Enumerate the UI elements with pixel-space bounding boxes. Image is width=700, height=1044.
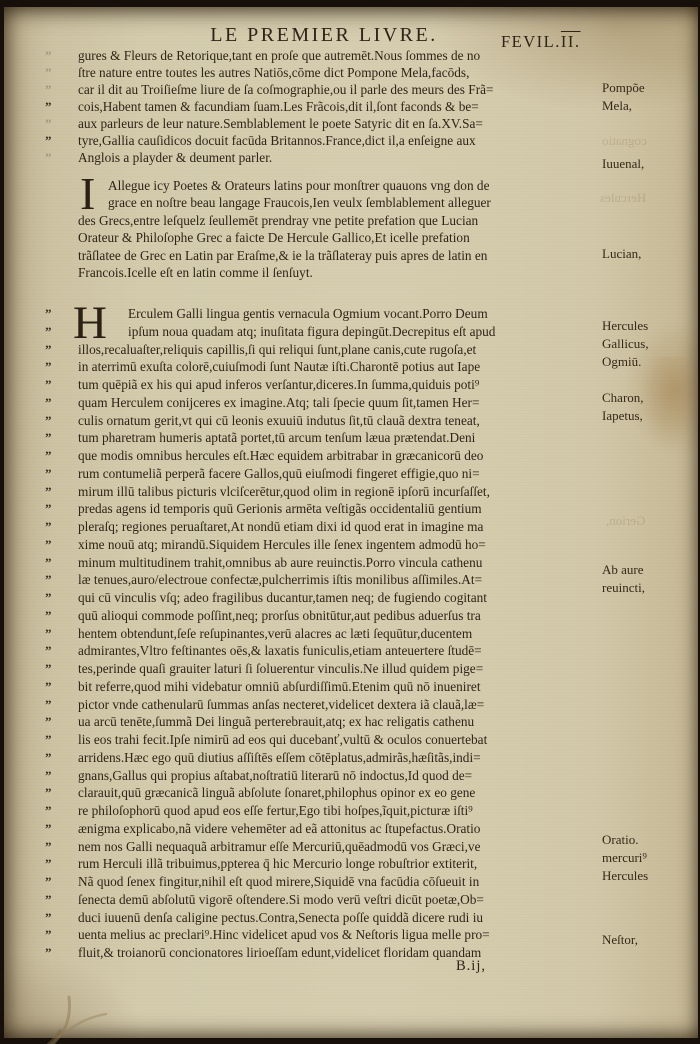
text-line: quam Herculem conijceres ex imagine.Atq;… (78, 394, 596, 412)
text-line: tyre,Gallia cauſidicos docuit facūda Bri… (78, 132, 596, 149)
text-line: Francois.Icelle eſt en latin comme il ſe… (78, 264, 596, 281)
margin-note-lucian: Lucian, (602, 245, 641, 263)
text-line: grace en noſtre beau langage Fraucois,Ie… (78, 194, 596, 211)
text-line: Orateur & Philoſophe Grec a faicte De He… (78, 229, 596, 246)
text-line: tes,perinde quaſi grauiter laturi ſi ſol… (78, 660, 596, 678)
text-line: gnans,Gallus qui propius aſtabat,noſtrat… (78, 767, 596, 785)
text-line: ſtre nature entre toutes les autres Nati… (78, 64, 596, 81)
book-page: LE PREMIER LIVRE. FEVIL.II. ” ” ” ” ” ” … (4, 7, 698, 1038)
paragraph-lines-indented: Erculem Galli lingua gentis vernacula Og… (78, 305, 596, 341)
drop-cap-I: I (80, 175, 95, 213)
bleedthrough-text: cognatio (602, 133, 647, 149)
text-line: Erculem Galli lingua gentis vernacula Og… (78, 305, 596, 323)
quote-marks-column: ” ” ” ” ” ” ” ” ” ” ” ” ” ” ” ” ” ” ” ” … (45, 305, 73, 353)
margin-note-ab-aure-reuincti: Ab aure reuincti, (602, 561, 645, 597)
text-line: ænigma explicabo,nã videre vehemēter ad … (78, 820, 596, 838)
text-line: arridens.Hæc ego quū diutius aſſiſtēs eſ… (78, 749, 596, 767)
text-line: pleraſq; regiones peruaſtaret,At nondū e… (78, 518, 596, 536)
text-line: re philoſophorū quod apud eos eſſe fertu… (78, 802, 596, 820)
text-line: bit referre,quod mihi videbatur omniū ab… (78, 678, 596, 696)
text-line: aux parleurs de leur nature.Semblablemen… (78, 115, 596, 132)
paper-crease (42, 989, 137, 1044)
text-line: hentem obtendunt,ſeſe reſupinantes,verū … (78, 625, 596, 643)
quote-marks-dark: ” ” (45, 47, 52, 149)
text-line: clarauit,quū græcanicã linguã abſolute ſ… (78, 784, 596, 802)
text-line: cois,Habent tamen & facundiam ſuam.Les F… (78, 98, 596, 115)
text-line: læ tenues,auro/electroue confectæ,pulche… (78, 571, 596, 589)
signature-mark: B.ij, (456, 958, 486, 975)
text-line: culis ornatum gerit,vt qui cū leonis exu… (78, 412, 596, 430)
text-line: rum contumeliã perperã facere Gallos,quū… (78, 465, 596, 483)
text-line: ipſum noua quadam atq; inuſitata figura … (78, 323, 596, 341)
quote-marks-latin: ” ” ” ” ” ” ” ” ” ” ” ” ” ” ” ” ” ” ” ” … (45, 305, 52, 962)
margin-note-charon-iapetus: Charon, Iapetus, (602, 389, 644, 425)
text-line: pictor vnde cathenularū ſummas anſas nec… (78, 696, 596, 714)
text-line: Allegue icy Poetes & Orateurs latins pou… (78, 177, 596, 194)
margin-note-iuuenal: Iuuenal, (602, 155, 644, 173)
text-line: gures & Fleurs de Retorique,tant en proſ… (78, 47, 596, 64)
text-line: xime nouū atq; mirandū.Siquidem Hercules… (78, 536, 596, 554)
paragraph-french-allegue: I Allegue icy Poetes & Orateurs latins p… (78, 177, 596, 281)
margin-note-nestor: Neſtor, (602, 931, 638, 949)
paragraph-latin-lucian-preface: ” ” ” ” ” ” ” ” ” ” ” ” ” ” ” ” ” ” ” ” … (78, 305, 596, 962)
bleedthrough-text: Hercules (600, 190, 646, 206)
paper-stain (640, 357, 700, 447)
text-line: in aterrimū exuſta colorē,cuiuſmodi ſunt… (78, 358, 596, 376)
text-line: Anglois a playder & deument parler. (78, 149, 596, 166)
paragraph-lines: illos,recaluaſter,reliquis capillis,ſi q… (78, 341, 596, 962)
paragraph-lines-indented: Allegue icy Poetes & Orateurs latins pou… (78, 177, 596, 212)
paragraph-french-continuation: ” ” ” ” ” ” ” gures & Fleurs de Retoriqu… (78, 47, 596, 166)
text-line: minum multitudinem trahit,omnibus ab aur… (78, 554, 596, 572)
margin-note-pompone-mela: Pompõe Mela, (602, 79, 645, 115)
text-line: fluit,& troianorū concionatores lirioeſſ… (78, 944, 596, 962)
text-line: uenta melius ac preclari⁹.Hinc videlicet… (78, 926, 596, 944)
text-line: ua arcū tenēte,ſummã Dei linguã pertereb… (78, 713, 596, 731)
text-line: car il dit au Troiſieſme liure de ſa coſ… (78, 81, 596, 98)
text-line: admirantes,Vltro feſtinantes oēs,& laxat… (78, 642, 596, 660)
bleedthrough-text: Gerion, (606, 513, 645, 529)
text-line: rum Herculi illã tribuimus,ppterea q̄ hi… (78, 855, 596, 873)
margin-note-oratio-mercurius-hercules: Oratio. mercuri⁹ Hercules (602, 831, 648, 885)
text-line: que modis omnibus hercules eſt.Hæc equid… (78, 447, 596, 465)
text-line: des Grecs,entre leſquelz ſeullemēt prend… (78, 212, 596, 229)
text-line: duci iuuenū denſa caligine pectus.Contra… (78, 909, 596, 927)
text-line: ſenecta demū abſolutū vigorē oſtendere.S… (78, 891, 596, 909)
drop-cap-H: H (73, 304, 107, 342)
text-line: nem nos Galli nequaquã arbitramur eſſe M… (78, 838, 596, 856)
paragraph-lines: gures & Fleurs de Retorique,tant en proſ… (78, 47, 596, 166)
quote-marks-column: ” ” ” ” ” ” ” (45, 47, 73, 111)
text-line: trãſlatee de Grec en Latin par Eraſme,& … (78, 247, 596, 264)
text-line: quū alioqui commode poſſint,neq; prorſus… (78, 607, 596, 625)
text-line: tum pharetram humeris aptatã portet,tū a… (78, 429, 596, 447)
paragraph-lines: des Grecs,entre leſquelz ſeullemēt prend… (78, 212, 596, 282)
text-line: lis eos trahi fecit.Ipſe nimirū ad eos q… (78, 731, 596, 749)
text-line: predas agens id temporis quū Gerionis ar… (78, 500, 596, 518)
text-line: mirum illū talibus picturis vlciſcerētur… (78, 483, 596, 501)
margin-note-hercules-gallicus: Hercules Gallicus, Ogmiū. (602, 317, 649, 371)
scanned-book-page-photo: { "page": { "running_title": "LE PREMIER… (0, 0, 700, 1044)
text-line: tum quēpiã ex his qui apud inferos verſa… (78, 376, 596, 394)
text-line: qui cū vinculis vſq; adeo fragilibus duc… (78, 589, 596, 607)
running-title: LE PREMIER LIVRE. (179, 24, 469, 47)
text-line: illos,recaluaſter,reliquis capillis,ſi q… (78, 341, 596, 359)
text-line: Nã quod ſenex fingitur,nihil eſt quod mi… (78, 873, 596, 891)
